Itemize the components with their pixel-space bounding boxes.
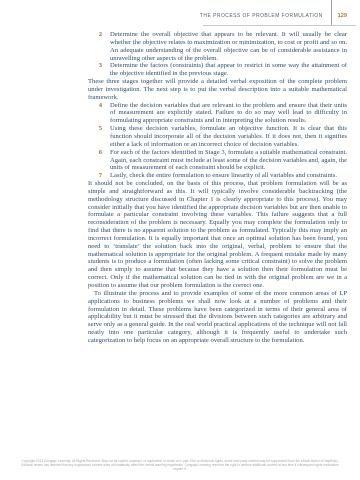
page-number: 129 [338,13,347,19]
paragraph-verbal-exposition: These three stages together will provide… [88,78,347,102]
list-number: 5 [88,125,110,149]
list-number: 2 [88,31,110,62]
list-item-2: 2 Determine the overall objective that a… [88,31,347,62]
list-item-7: 7 Lastly, check the entire formulation t… [88,172,347,180]
text-block: 2 Determine the overall objective that a… [88,31,347,345]
list-item-5: 5 Using these decision variables, formul… [88,125,347,149]
list-number: 3 [88,62,110,78]
list-item-text: Determine the factors (constraints) that… [110,62,347,78]
list-number: 6 [88,149,110,173]
header-rule [203,25,356,26]
list-item-text: For each of the factors identified in St… [110,149,347,173]
list-item-3: 3 Determine the factors (constraints) th… [88,62,347,78]
copyright-notice: Copyright 2013 Cengage Learning. All Rig… [20,459,340,472]
list-number: 4 [88,102,110,126]
paragraph-lp-applications: To illustrate the process and to provide… [88,290,347,345]
book-page: THE PROCESS OF PROBLEM FORMULATION 129 2… [0,0,360,480]
list-item-6: 6 For each of the factors identified in … [88,149,347,173]
running-head-title: THE PROCESS OF PROBLEM FORMULATION [200,13,323,19]
list-item-text: Lastly, check the entire formulation to … [110,172,347,180]
list-item-text: Determine the overall objective that app… [110,31,347,62]
paragraph-backtracking: It should not be concluded, on the basis… [88,180,347,290]
list-item-text: Using these decision variables, formulat… [110,125,347,149]
list-number: 7 [88,172,110,180]
list-item-text: Define the decision variables that are r… [110,102,347,126]
page-header: THE PROCESS OF PROBLEM FORMULATION 129 [200,13,347,19]
list-item-4: 4 Define the decision variables that are… [88,102,347,126]
